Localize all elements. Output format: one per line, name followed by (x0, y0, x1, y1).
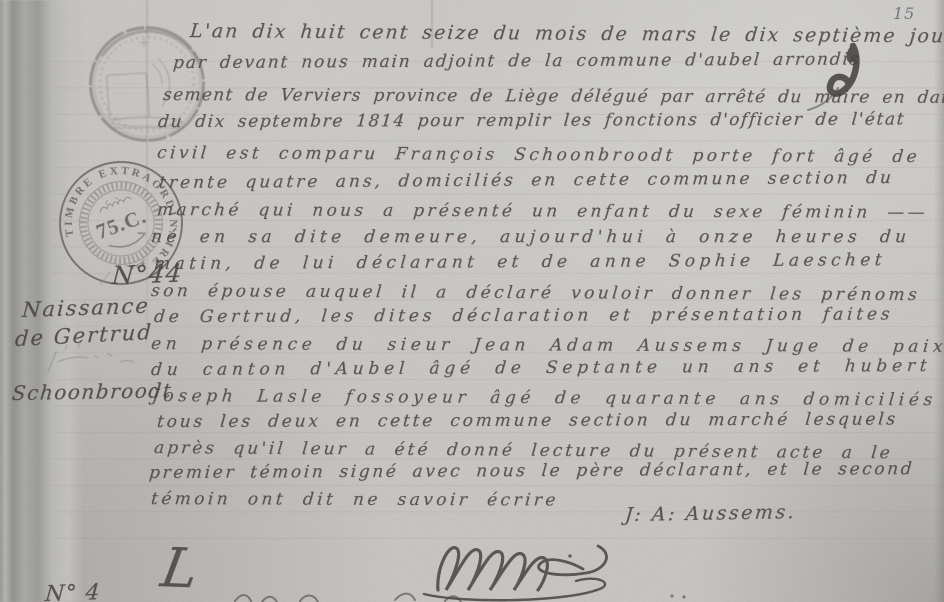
bottom-cutoff-strokes (220, 588, 720, 602)
officiant-signature: J: A: Aussems. (624, 503, 797, 525)
body-line-13: du canton d'Aubel âgé de Septante un ans… (150, 358, 932, 379)
scanned-register-page: TIMBRE EXTRAORDINAIRE 75.C. 15 L'an dix … (0, 0, 944, 602)
pencil-scribble-marks (40, 270, 160, 380)
body-line-2: par devant nous main adjoint de la commu… (172, 51, 861, 72)
body-line-11: de Gertrud, les dites déclaration et pré… (153, 306, 894, 326)
body-line-10: son épouse auquel il a déclaré vouloir d… (150, 283, 921, 304)
page-number: 15 (893, 4, 915, 23)
body-line-12: en présence du sieur Jean Adam Aussems J… (150, 336, 944, 356)
body-line-9: matin, de lui déclarant et de anne Sophi… (153, 252, 886, 273)
margin-note-schoonbroodt: Schoonbroodt (11, 380, 173, 403)
body-line-17: premier témoin signé avec nous le père d… (148, 461, 915, 482)
body-line-5: civil est comparu François Schoonbroodt … (156, 145, 921, 166)
next-entry-initial: L (157, 541, 202, 596)
body-line-18: témoin ont dit ne savoir écrire (150, 491, 559, 509)
next-entry-number: N° 4 (44, 582, 101, 602)
body-line-15: tous les deux en cette commune section d… (156, 411, 898, 431)
ink-blot (790, 36, 880, 126)
body-line-8: né en sa dite demeure, aujourd'hui à onz… (150, 229, 911, 246)
body-line-14: Joseph Lasle fossoyeur âgé de quarante a… (151, 388, 937, 409)
body-line-7: marché qui nous a présenté un enfant du … (156, 202, 928, 222)
